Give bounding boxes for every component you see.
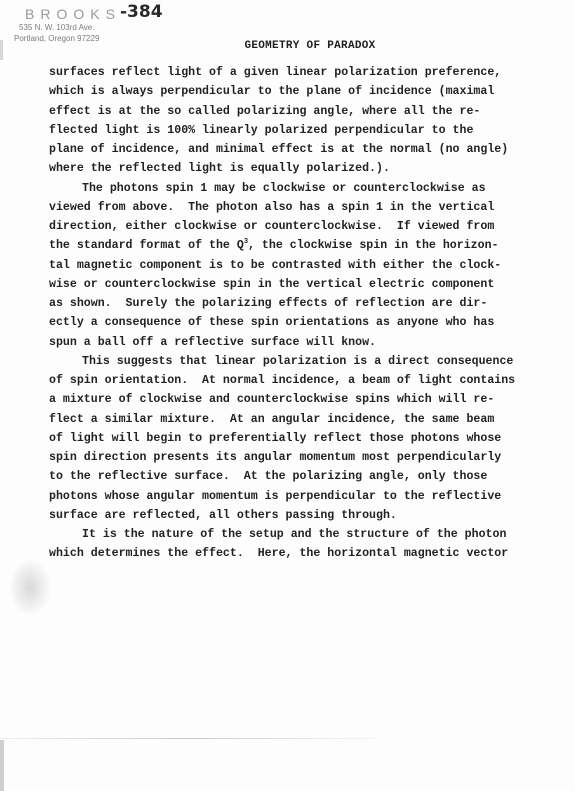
text-line: effect is at the so called polarizing an… [49,102,549,121]
text-line: ectly a consequence of these spin orient… [49,313,549,332]
text-line: wise or counterclockwise spin in the ver… [49,275,549,294]
text-line: which determines the effect. Here, the h… [49,544,549,563]
text-line: of light will begin to preferentially re… [49,429,549,448]
scan-edge-shadow [0,740,4,791]
text-line: which is always perpendicular to the pla… [49,82,549,101]
text-line: tal magnetic component is to be contrast… [49,256,549,275]
document-page: BROOKS -384 535 N. W. 103rd Ave. Portlan… [0,0,575,791]
scan-smudge [10,560,50,615]
text-segment: , the clockwise spin in the horizon- [248,239,498,252]
text-line: direction, either clockwise or countercl… [49,217,549,236]
text-line: to the reflective surface. At the polari… [49,467,549,486]
text-line: of spin orientation. At normal incidence… [49,371,549,390]
text-line: where the reflected light is equally pol… [49,159,549,178]
document-body: surfaces reflect light of a given linear… [49,63,549,564]
text-line: This suggests that linear polarization i… [49,352,549,371]
text-line: flect a similar mixture. At an angular i… [49,410,549,429]
text-line: a mixture of clockwise and counterclockw… [49,390,549,409]
handwritten-number: -384 [120,2,163,22]
stamp-name: BROOKS [25,6,121,22]
text-segment: the standard format of the Q [49,239,244,252]
text-line: The photons spin 1 may be clockwise or c… [49,179,549,198]
text-line: It is the nature of the setup and the st… [49,525,549,544]
document-title: GEOMETRY OF PARADOX [0,40,575,52]
text-line: plane of incidence, and minimal effect i… [49,140,549,159]
text-line: surfaces reflect light of a given linear… [49,63,549,82]
text-line: surface are reflected, all others passin… [49,506,549,525]
text-line: spin direction presents its angular mome… [49,448,549,467]
stamp-address-street: 535 N. W. 103rd Ave. [19,23,94,32]
text-line: spun a ball off a reflective surface wil… [49,333,549,352]
text-line: viewed from above. The photon also has a… [49,198,549,217]
page-fold-line [0,738,380,739]
text-line: photons whose angular momentum is perpen… [49,487,549,506]
text-line: as shown. Surely the polarizing effects … [49,294,549,313]
text-line: flected light is 100% linearly polarized… [49,121,549,140]
text-line: the standard format of the Q3, the clock… [49,236,549,255]
